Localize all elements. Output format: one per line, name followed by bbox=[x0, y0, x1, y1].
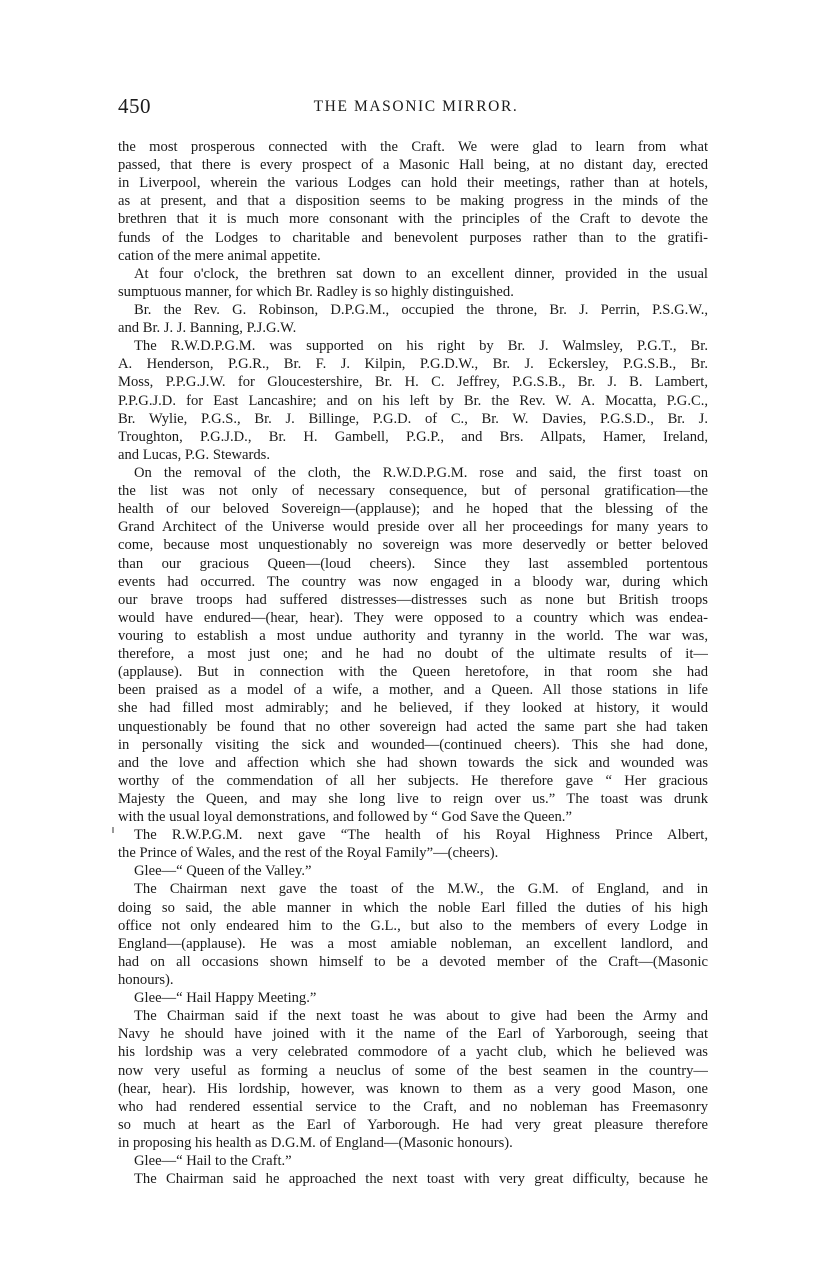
text-line: Navy he should have joined with it the n… bbox=[118, 1025, 708, 1043]
text-line: Grand Architect of the Universe would pr… bbox=[118, 518, 708, 536]
text-line: Br. Wylie, P.G.S., Br. J. Billinge, P.G.… bbox=[118, 410, 708, 428]
text-line: P.P.G.J.D. for East Lancashire; and on h… bbox=[118, 392, 708, 410]
text-line: honours). bbox=[118, 971, 708, 989]
text-line: Majesty the Queen, and may she long live… bbox=[118, 790, 708, 808]
page-number: 450 bbox=[118, 94, 151, 118]
text-line: sumptuous manner, for which Br. Radley i… bbox=[118, 283, 708, 301]
text-line: the list was not only of necessary conse… bbox=[118, 482, 708, 500]
text-line: Moss, P.P.G.J.W. for Gloucestershire, Br… bbox=[118, 373, 708, 391]
text-line: in proposing his health as D.G.M. of Eng… bbox=[118, 1134, 708, 1152]
text-line: had on all occasions shown himself to be… bbox=[118, 953, 708, 971]
text-line: office not only endeared him to the G.L.… bbox=[118, 917, 708, 935]
text-line: in personally visiting the sick and woun… bbox=[118, 736, 708, 754]
text-line: and Lucas, P.G. Stewards. bbox=[118, 446, 708, 464]
text-line: been praised as a model of a wife, a mot… bbox=[118, 681, 708, 699]
text-line: his lordship was a very celebrated commo… bbox=[118, 1043, 708, 1061]
text-line: funds of the Lodges to charitable and be… bbox=[118, 229, 708, 247]
text-line: brethren that it is much more consonant … bbox=[118, 210, 708, 228]
text-line: Glee—“ Hail Happy Meeting.” bbox=[118, 989, 708, 1007]
article-body: the most prosperous connected with the C… bbox=[118, 138, 708, 1188]
text-line: come, because most unquestionably no sov… bbox=[118, 536, 708, 554]
text-line: The R.W.P.G.M. next gave “The health of … bbox=[118, 826, 708, 844]
text-line: health of our beloved Sovereign—(applaus… bbox=[118, 500, 708, 518]
text-line: Glee—“ Queen of the Valley.” bbox=[118, 862, 708, 880]
text-line: so much at heart as the Earl of Yarborou… bbox=[118, 1116, 708, 1134]
text-line: would have endured—(hear, hear). They we… bbox=[118, 609, 708, 627]
text-line: therefore, a most just one; and he had n… bbox=[118, 645, 708, 663]
text-line: Br. the Rev. G. Robinson, D.P.G.M., occu… bbox=[118, 301, 708, 319]
text-line: in Liverpool, wherein the various Lodges… bbox=[118, 174, 708, 192]
text-line: doing so said, the able manner in which … bbox=[118, 899, 708, 917]
journal-title: THE MASONIC MIRROR. bbox=[296, 97, 536, 117]
text-line: the most prosperous connected with the C… bbox=[118, 138, 708, 156]
text-line: our brave troops had suffered distresses… bbox=[118, 591, 708, 609]
scanned-page: 450 THE MASONIC MIRROR. the most prosper… bbox=[0, 0, 824, 1277]
text-line: events had occurred. The country was now… bbox=[118, 573, 708, 591]
print-speck bbox=[112, 827, 114, 833]
text-line: and Br. J. J. Banning, P.J.G.W. bbox=[118, 319, 708, 337]
text-line: (applause). But in connection with the Q… bbox=[118, 663, 708, 681]
text-line: the Prince of Wales, and the rest of the… bbox=[118, 844, 708, 862]
text-line: who had rendered essential service to th… bbox=[118, 1098, 708, 1116]
text-line: now very useful as forming a neuclus of … bbox=[118, 1062, 708, 1080]
text-line: vouring to establish a most undue author… bbox=[118, 627, 708, 645]
text-line: The Chairman next gave the toast of the … bbox=[118, 880, 708, 898]
running-head: 450 THE MASONIC MIRROR. bbox=[118, 94, 708, 118]
text-line: cation of the mere animal appetite. bbox=[118, 247, 708, 265]
text-line: she had filled most admirably; and he be… bbox=[118, 699, 708, 717]
text-line: as at present, and that a disposition se… bbox=[118, 192, 708, 210]
text-line: worthy of the commendation of all her su… bbox=[118, 772, 708, 790]
text-line: Glee—“ Hail to the Craft.” bbox=[118, 1152, 708, 1170]
text-line: passed, that there is every prospect of … bbox=[118, 156, 708, 174]
text-line: England—(applause). He was a most amiabl… bbox=[118, 935, 708, 953]
text-line: A. Henderson, P.G.R., Br. F. J. Kilpin, … bbox=[118, 355, 708, 373]
text-line: The Chairman said if the next toast he w… bbox=[118, 1007, 708, 1025]
text-line: unquestionably be found that no other so… bbox=[118, 718, 708, 736]
text-line: The Chairman said he approached the next… bbox=[118, 1170, 708, 1188]
text-line: and the love and affection which she had… bbox=[118, 754, 708, 772]
text-line: than our gracious Queen—(loud cheers). S… bbox=[118, 555, 708, 573]
text-line: The R.W.D.P.G.M. was supported on his ri… bbox=[118, 337, 708, 355]
text-line: At four o'clock, the brethren sat down t… bbox=[118, 265, 708, 283]
text-line: On the removal of the cloth, the R.W.D.P… bbox=[118, 464, 708, 482]
text-line: with the usual loyal demonstrations, and… bbox=[118, 808, 708, 826]
text-line: (hear, hear). His lordship, however, was… bbox=[118, 1080, 708, 1098]
text-line: Troughton, P.G.J.D., Br. H. Gambell, P.G… bbox=[118, 428, 708, 446]
